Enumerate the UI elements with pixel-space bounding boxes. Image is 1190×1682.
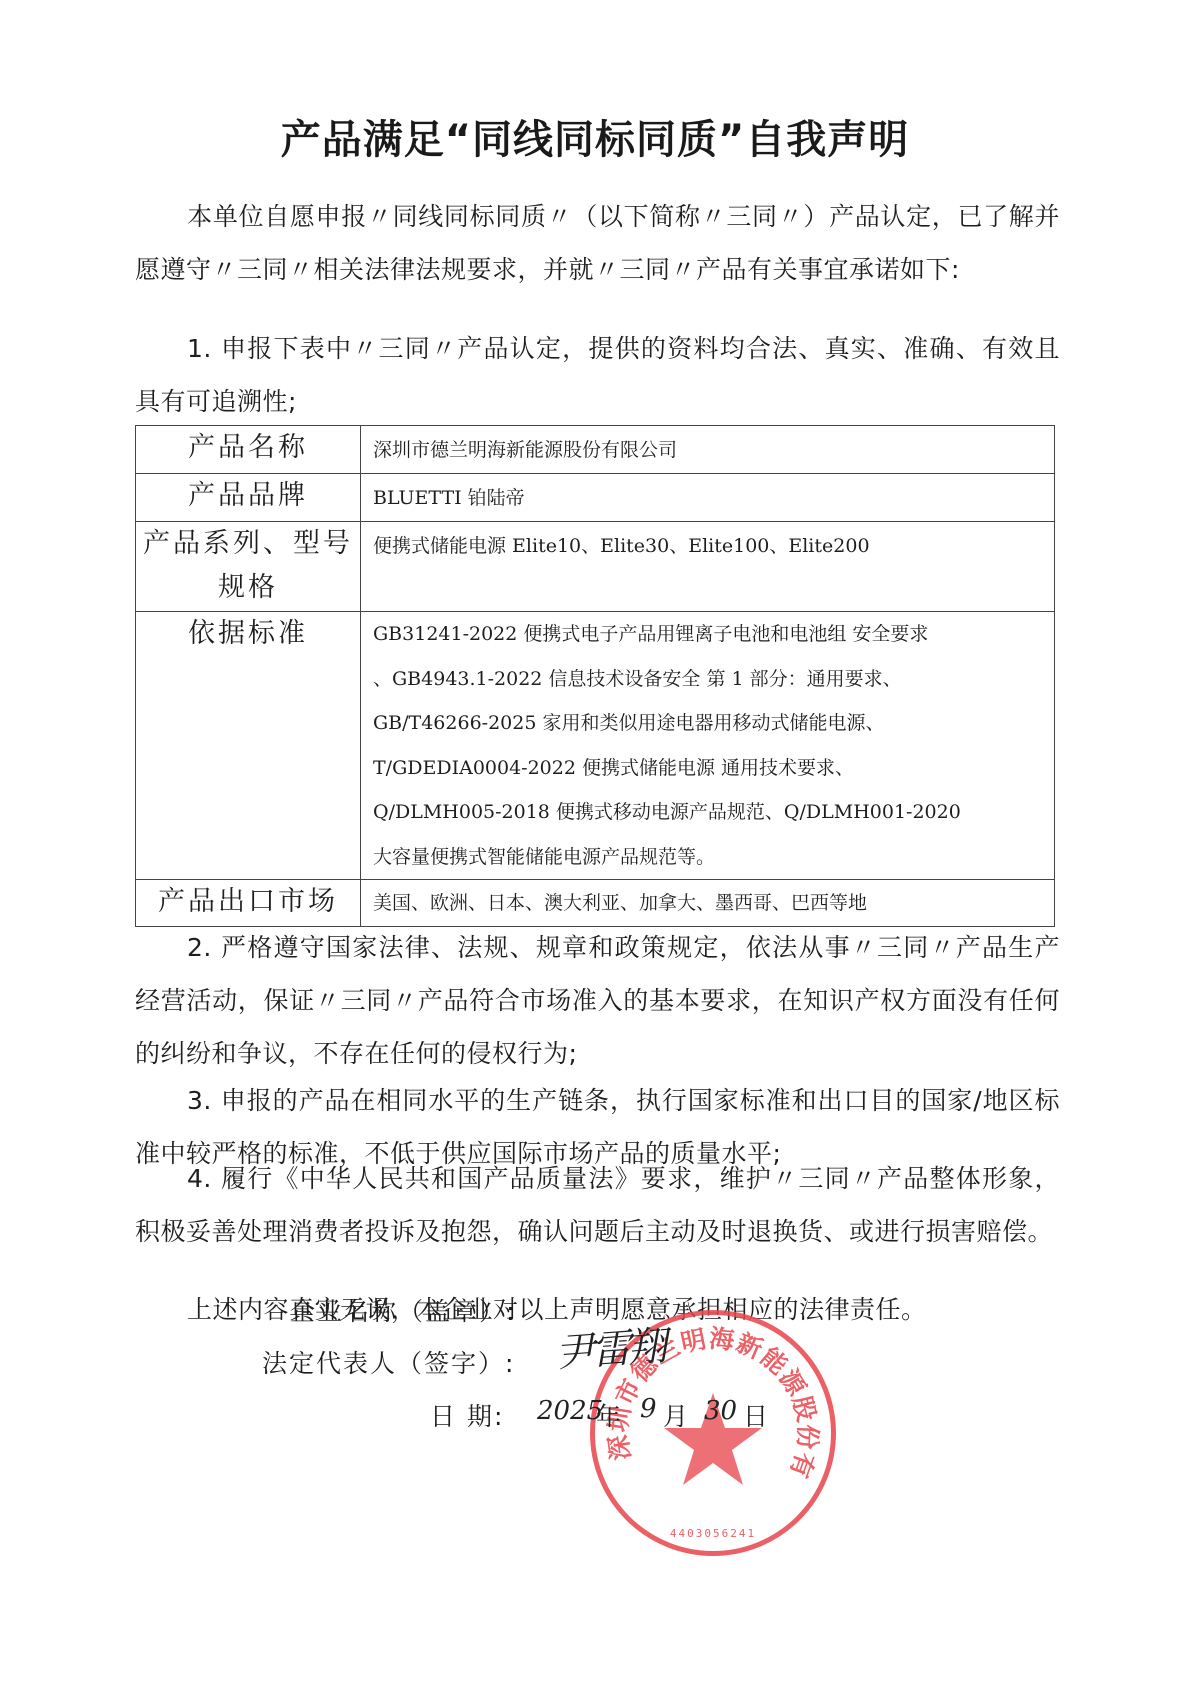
table-row: 产品品牌 BLUETTI 铂陆帝 xyxy=(136,474,1055,522)
label-line-2: 规格 xyxy=(136,566,360,610)
intro-text: 本单位自愿申报〃同线同标同质〃（以下简称〃三同〃）产品认定，已了解并愿遵守〃三同… xyxy=(135,202,1060,284)
standards-line: T/GDEDIA0004-2022 便携式储能电源 通用技术要求、 xyxy=(373,746,1046,791)
date-day: 30 xyxy=(704,1396,737,1426)
clause-4: 4. 履行《中华人民共和国产品质量法》要求，维护〃三同〃产品整体形象，积极妥善处… xyxy=(135,1152,1060,1258)
standards-line: GB/T46266-2025 家用和类似用途电器用移动式储能电源、 xyxy=(373,701,1046,746)
company-name-label: 企业名称（盖章）: xyxy=(290,1292,516,1328)
clause-2-text: 2. 严格遵守国家法律、法规、规章和政策规定，依法从事〃三同〃产品生产经营活动，… xyxy=(135,933,1060,1068)
label-product-series: 产品系列、型号 规格 xyxy=(136,522,361,612)
standards-line: GB31241-2022 便携式电子产品用锂离子电池和电池组 安全要求 xyxy=(373,612,1046,657)
clause-2: 2. 严格遵守国家法律、法规、规章和政策规定，依法从事〃三同〃产品生产经营活动，… xyxy=(135,921,1060,1080)
label-line-1: 产品系列、型号 xyxy=(136,522,360,566)
day-char: 日 xyxy=(743,1397,770,1433)
table-row: 产品系列、型号 规格 便携式储能电源 Elite10、Elite30、Elite… xyxy=(136,522,1055,612)
table-row: 产品出口市场 美国、欧洲、日本、澳大利亚、加拿大、墨西哥、巴西等地 xyxy=(136,880,1055,927)
value-product-brand: BLUETTI 铂陆帝 xyxy=(361,474,1055,522)
standards-line: 大容量便携式智能储能电源产品规范等。 xyxy=(373,835,1046,880)
date-month: 9 xyxy=(640,1394,657,1424)
clause-1-text: 1. 申报下表中〃三同〃产品认定，提供的资料均合法、真实、准确、有效且具有可追溯… xyxy=(135,334,1060,416)
clause-4-text: 4. 履行《中华人民共和国产品质量法》要求，维护〃三同〃产品整体形象，积极妥善处… xyxy=(135,1164,1060,1246)
value-product-name: 深圳市德兰明海新能源股份有限公司 xyxy=(361,426,1055,474)
table-row: 依据标准 GB31241-2022 便携式电子产品用锂离子电池和电池组 安全要求… xyxy=(136,612,1055,880)
document-title: 产品满足“同线同标同质”自我声明 xyxy=(0,108,1190,165)
date-year: 2025 xyxy=(537,1396,603,1426)
label-product-brand: 产品品牌 xyxy=(136,474,361,522)
standards-line: 、GB4943.1-2022 信息技术设备安全 第 1 部分：通用要求、 xyxy=(373,657,1046,702)
value-export-markets: 美国、欧洲、日本、澳大利亚、加拿大、墨西哥、巴西等地 xyxy=(361,880,1055,927)
clause-1: 1. 申报下表中〃三同〃产品认定，提供的资料均合法、真实、准确、有效且具有可追溯… xyxy=(135,322,1060,428)
product-info-table: 产品名称 深圳市德兰明海新能源股份有限公司 产品品牌 BLUETTI 铂陆帝 产… xyxy=(135,425,1055,927)
table-row: 产品名称 深圳市德兰明海新能源股份有限公司 xyxy=(136,426,1055,474)
handwritten-signature: 尹雷翔 xyxy=(553,1314,665,1378)
label-standards: 依据标准 xyxy=(136,612,361,880)
standards-line: Q/DLMH005-2018 便携式移动电源产品规范、Q/DLMH001-202… xyxy=(373,790,1046,835)
value-product-series: 便携式储能电源 Elite10、Elite30、Elite100、Elite20… xyxy=(361,522,1055,612)
label-product-name: 产品名称 xyxy=(136,426,361,474)
date-label: 日 期: xyxy=(430,1397,504,1433)
intro-paragraph: 本单位自愿申报〃同线同标同质〃（以下简称〃三同〃）产品认定，已了解并愿遵守〃三同… xyxy=(135,190,1060,296)
seal-code: 4403056241 xyxy=(670,1527,756,1540)
legal-representative-label: 法定代表人（签字）: xyxy=(262,1344,515,1380)
value-standards: GB31241-2022 便携式电子产品用锂离子电池和电池组 安全要求 、GB4… xyxy=(361,612,1055,880)
label-export-markets: 产品出口市场 xyxy=(136,880,361,927)
year-char: 年 xyxy=(596,1397,623,1433)
month-char: 月 xyxy=(663,1397,690,1433)
